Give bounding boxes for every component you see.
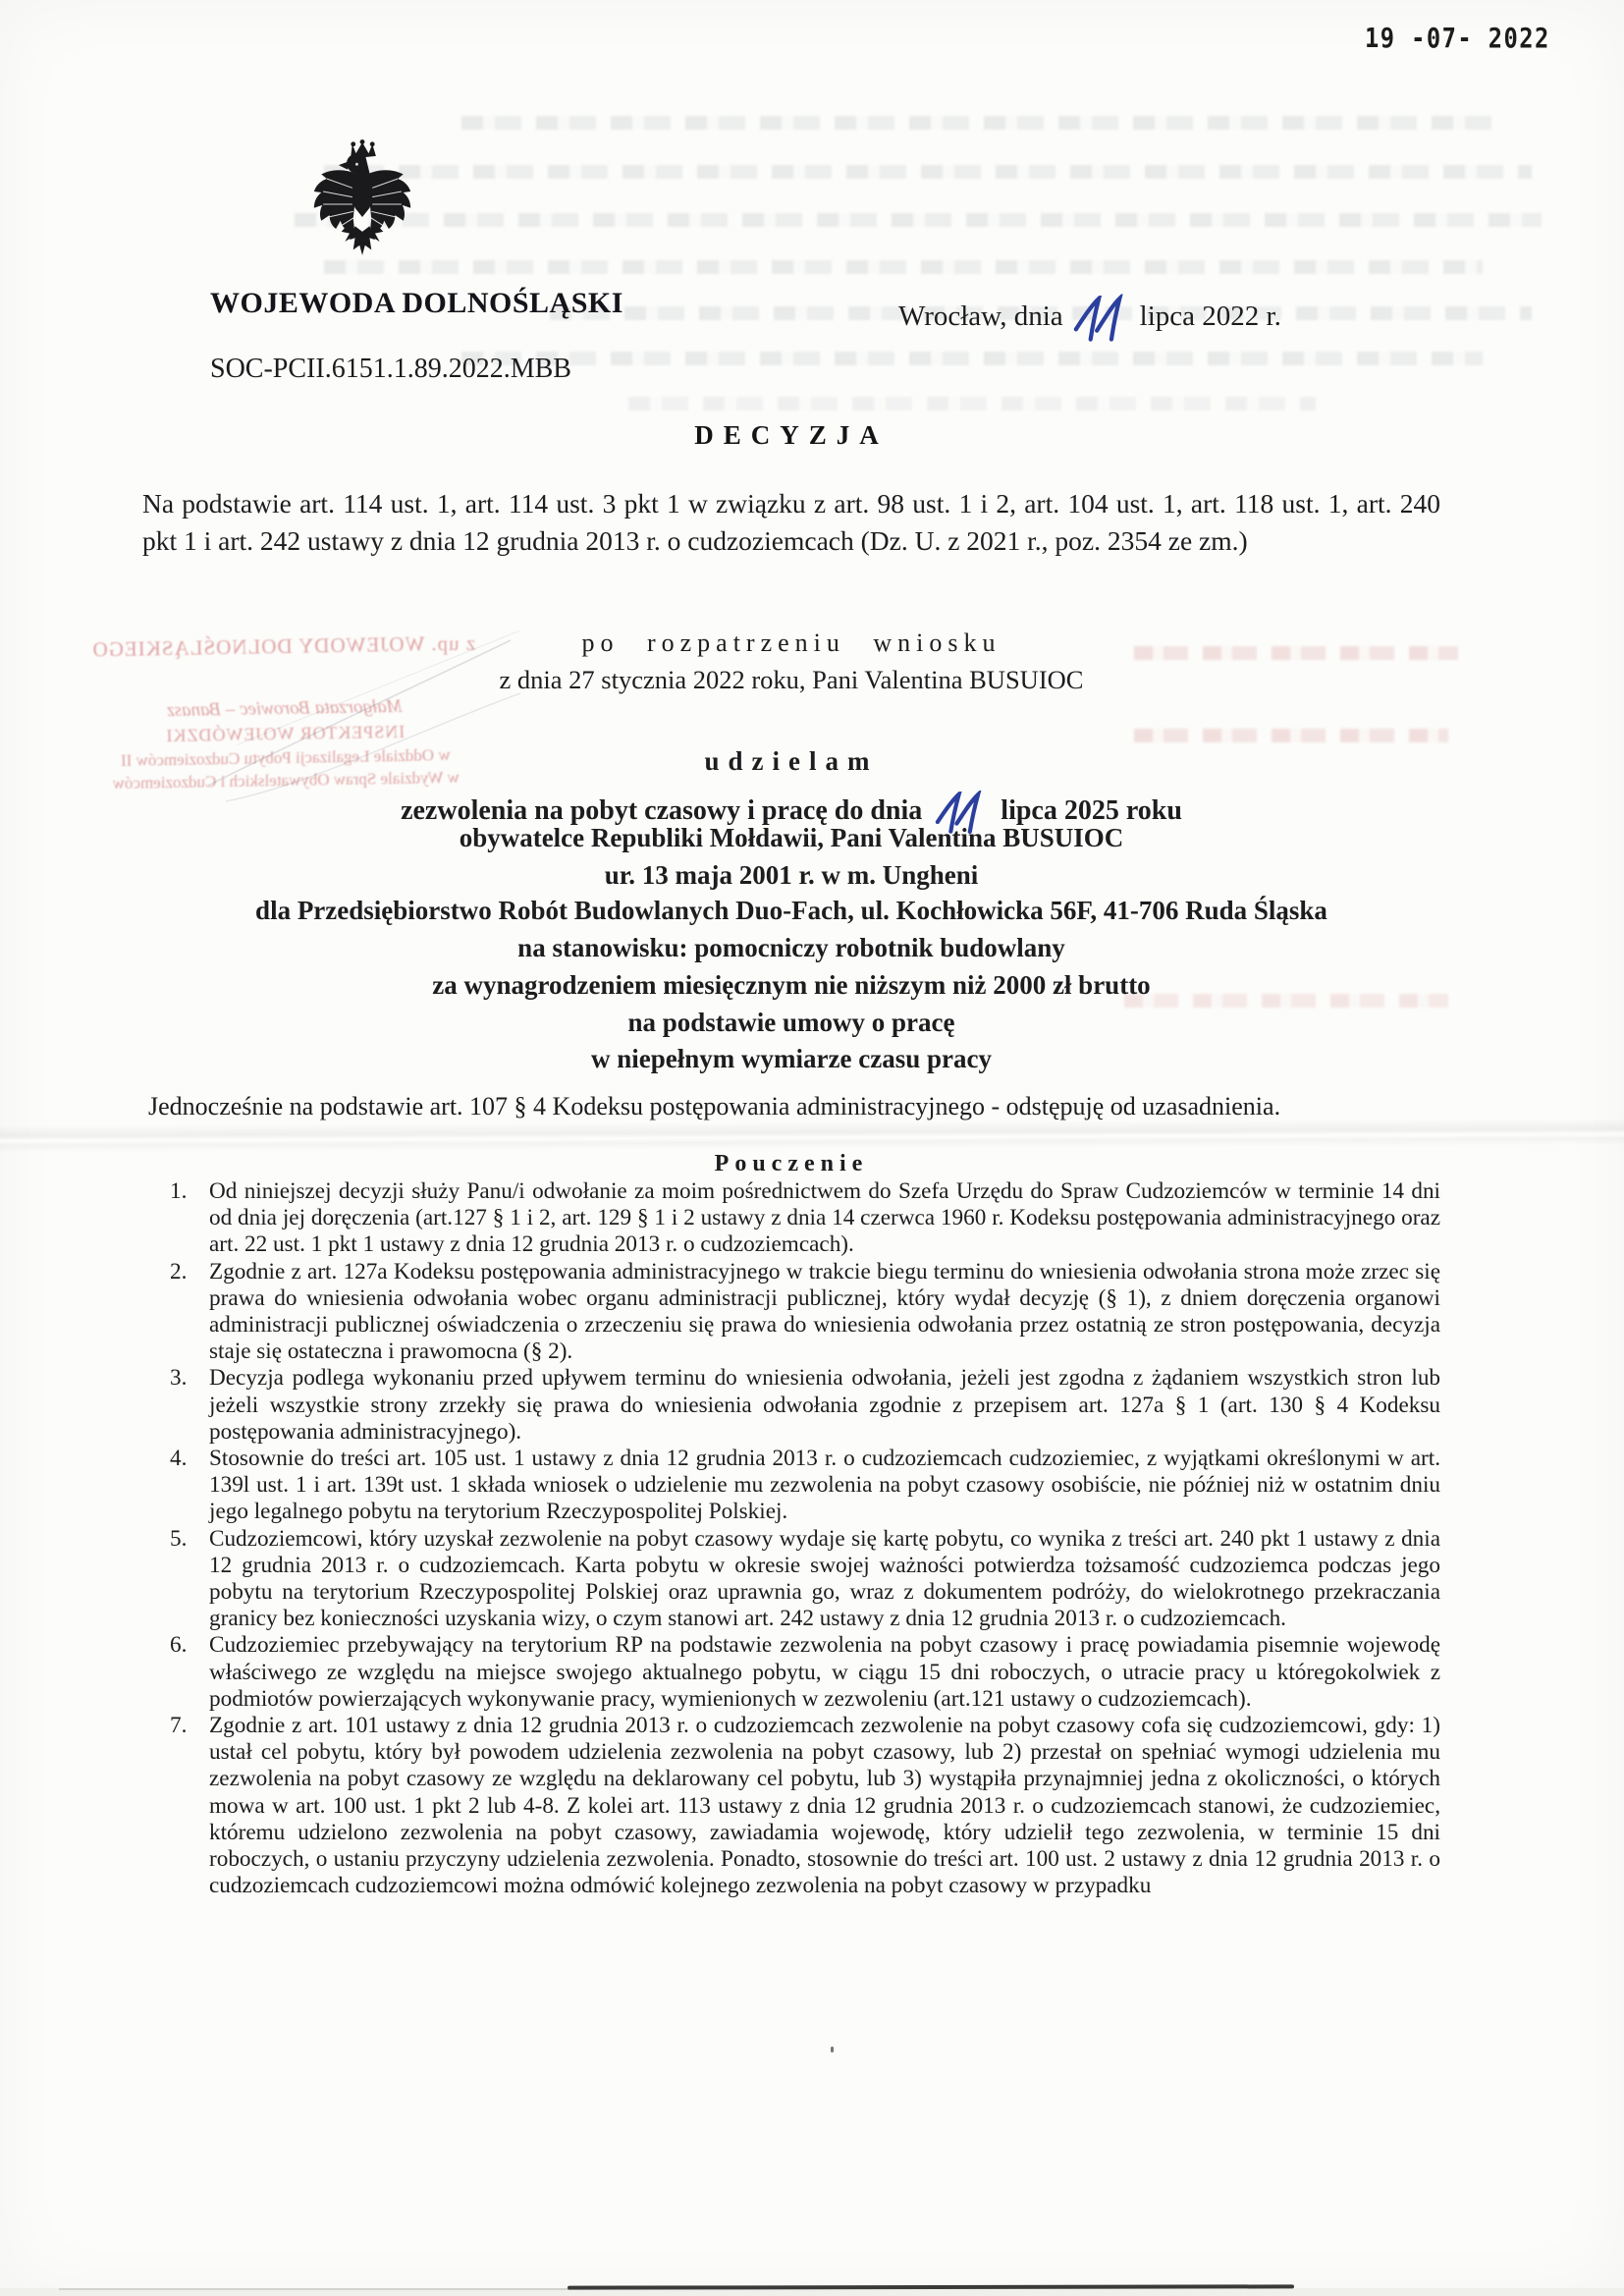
after-review-line: po rozpatrzeniu wniosku (142, 629, 1440, 658)
pouczenie-item-text: Cudzoziemcowi, który uzyskał zezwolenie … (209, 1526, 1440, 1633)
pouczenie-item: 2. Zgodnie z art. 127a Kodeksu postępowa… (142, 1259, 1440, 1366)
pouczenie-item: 5. Cudzoziemcowi, który uzyskał zezwolen… (142, 1526, 1440, 1633)
pouczenie-item-number: 3. (142, 1365, 209, 1446)
pouczenie-item: 3. Decyzja podlega wykonaniu przed upływ… (142, 1365, 1440, 1446)
employer-line: dla Przedsiębiorstwo Robót Budowlanych D… (142, 896, 1440, 926)
pouczenie-title: Pouczenie (142, 1151, 1440, 1177)
pouczenie-item-number: 6. (142, 1632, 209, 1713)
pouczenie-item: 7. Zgodnie z art. 101 ustawy z dnia 12 g… (142, 1713, 1440, 1899)
pouczenie-item-text: Stosownie do treści art. 105 ust. 1 usta… (209, 1446, 1440, 1526)
beneficiary-line: obywatelce Republiki Mołdawii, Pani Vale… (142, 823, 1440, 853)
grant-line: zezwolenia na pobyt czasowy i pracę do d… (142, 784, 1440, 827)
pouczenie-item-text: Od niniejszej decyzji służy Panu/i odwoł… (209, 1178, 1440, 1259)
grant-word: udzielam (142, 746, 1440, 777)
position-line: na stanowisku: pomocniczy robotnik budow… (142, 933, 1440, 963)
justification-waiver-line: Jednocześnie na podstawie art. 107 § 4 K… (142, 1092, 1440, 1121)
salary-line: za wynagrodzeniem miesięcznym nie niższy… (142, 970, 1440, 1001)
scanned-decision-page: z up. WOJEWODY DOLNOŚLĄSKIEGO Małgorzata… (0, 0, 1624, 2296)
scan-speck (831, 2047, 834, 2052)
pouczenie-item-text: Zgodnie z art. 127a Kodeksu postępowania… (209, 1259, 1440, 1366)
pouczenie-item-number: 4. (142, 1446, 209, 1526)
pouczenie-item-number: 2. (142, 1259, 209, 1366)
pouczenie-item-text: Zgodnie z art. 101 ustawy z dnia 12 grud… (209, 1713, 1440, 1899)
pouczenie-item-number: 1. (142, 1178, 209, 1259)
legal-basis-paragraph: Na podstawie art. 114 ust. 1, art. 114 u… (142, 485, 1440, 559)
contract-line: na podstawie umowy o pracę (142, 1008, 1440, 1038)
document-title: DECYZJA (142, 420, 1440, 451)
pouczenie-item: 6. Cudzoziemiec przebywający na terytori… (142, 1632, 1440, 1713)
pouczenie-item-text: Decyzja podlega wykonaniu przed upływem … (209, 1365, 1440, 1446)
pouczenie-item-number: 7. (142, 1713, 209, 1899)
pouczenie-item-text: Cudzoziemiec przebywający na terytorium … (209, 1632, 1440, 1713)
worktime-line: w niepełnym wymiarze czasu pracy (142, 1044, 1440, 1074)
scan-bottom-edge-shadow (59, 2288, 569, 2290)
birth-line: ur. 13 maja 2001 r. w m. Ungheni (142, 860, 1440, 891)
application-line: z dnia 27 stycznia 2022 roku, Pani Valen… (142, 665, 1440, 695)
pouczenie-item-number: 5. (142, 1526, 209, 1633)
pouczenie-list: 1. Od niniejszej decyzji służy Panu/i od… (142, 1178, 1440, 1899)
pouczenie-item: 1. Od niniejszej decyzji służy Panu/i od… (142, 1178, 1440, 1259)
pouczenie-item: 4. Stosownie do treści art. 105 ust. 1 u… (142, 1446, 1440, 1526)
